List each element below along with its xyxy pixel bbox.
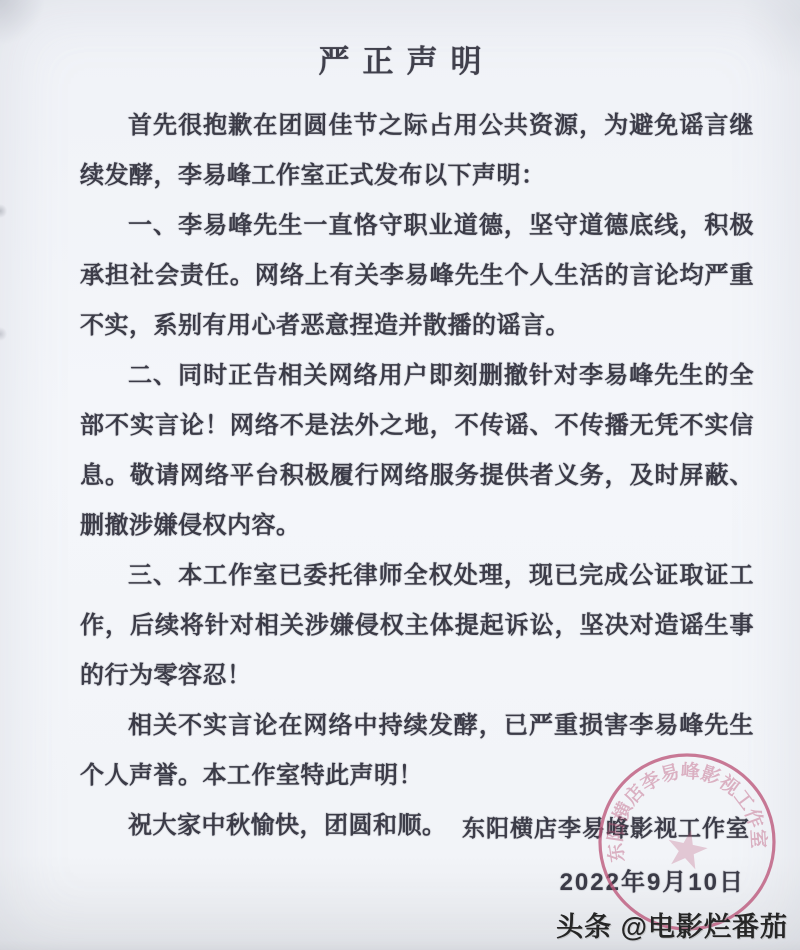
paper-smudge	[0, 196, 10, 346]
document-body: 首先很抱歉在团圆佳节之际占用公共资源，为避免谣言继续发酵，李易峰工作室正式发布以…	[80, 101, 754, 851]
signature-date: 2022年9月10日	[560, 862, 745, 897]
statement-intro-paragraph: 首先很抱歉在团圆佳节之际占用公共资源，为避免谣言继续发酵，李易峰工作室正式发布以…	[80, 101, 754, 201]
statement-closing-paragraph: 相关不实言论在网络中持续发酵，已严重损害李易峰先生个人声誉。本工作室特此声明！	[80, 701, 754, 801]
statement-paragraph-3: 三、本工作室已委托律师全权处理，现已完成公证取证工作，后续将针对相关涉嫌侵权主体…	[80, 551, 754, 701]
statement-paragraph-2: 二、同时正告相关网络用户即刻删撤针对李易峰先生的全部不实言论！网络不是法外之地，…	[80, 351, 754, 551]
toutiao-watermark: 头条 @电影烂番茄	[556, 905, 788, 944]
signature-studio-name: 东阳横店李易峰影视工作室	[462, 810, 750, 843]
document-title: 严正声明	[0, 36, 800, 81]
statement-paragraph-1: 一、李易峰先生一直恪守职业道德，坚守道德底线，积极承担社会责任。网络上有关李易峰…	[80, 201, 754, 351]
statement-document-page: 严正声明 首先很抱歉在团圆佳节之际占用公共资源，为避免谣言继续发酵，李易峰工作室…	[0, 0, 800, 950]
